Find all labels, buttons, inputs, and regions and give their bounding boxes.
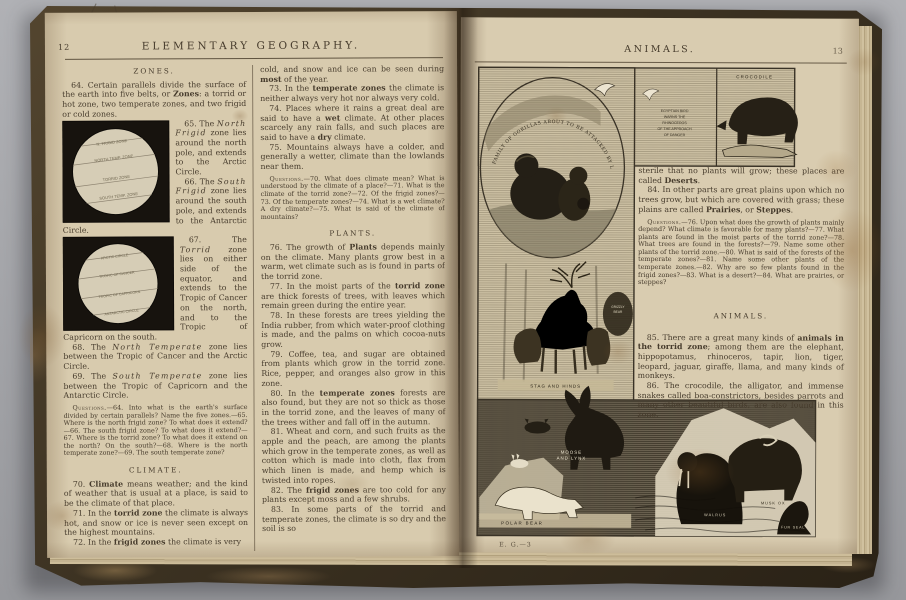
left-running-head: ELEMENTARY GEOGRAPHY.: [45, 39, 457, 53]
paragraph-84: 84. In other parts are great plains upon…: [638, 185, 844, 215]
paragraph-69: 69. The South Temperate zone lies betwee…: [63, 371, 247, 401]
climate-heading: CLIMATE.: [64, 465, 248, 476]
paragraph-72-continued: cold, and snow and ice can be seen durin…: [260, 64, 444, 84]
right-page-number: 13: [833, 47, 843, 56]
musk-ox-label: MUSK OX: [761, 501, 786, 505]
polar-bear-label: POLAR BEAR: [501, 520, 543, 525]
paragraph-64: 64. Certain parallels divide the surface…: [62, 80, 246, 120]
globe-1-engraving: N. FRIGID ZONE NORTH TEMP. ZONE TORRID Z…: [62, 121, 168, 221]
fur-seal-label: FUR SEAL: [781, 525, 805, 529]
paragraph-83: 83. In some parts of the torrid and temp…: [262, 504, 446, 534]
questions-zones: Questions.—64. Into what is the earth's …: [64, 404, 248, 458]
walrus-label: WALRUS: [704, 513, 726, 517]
paragraph-86: 86. The crocodile, the alligator, and im…: [638, 381, 844, 421]
animals-heading: ANIMALS.: [638, 311, 844, 321]
left-page: 12 ELEMENTARY GEOGRAPHY. ZONES. 64. Cert…: [45, 11, 459, 558]
paragraph-83-continued: sterile that no plants will grow; these …: [638, 166, 844, 186]
svg-text:MOOSE: MOOSE: [561, 450, 582, 455]
paragraph-78: 78. In these forests are trees yielding …: [261, 310, 445, 350]
globe-2-engraving: ARCTIC CIRCLE TROPIC OF CANCER TROPIC OF…: [63, 237, 173, 329]
right-page-text-column: sterile that no plants will grow; these …: [638, 166, 845, 421]
svg-text:WARNS THE: WARNS THE: [664, 115, 686, 119]
zones-heading: ZONES.: [62, 66, 246, 77]
paragraph-85: 85. There are a great many kinds of anim…: [638, 332, 844, 381]
globe-zones-figure-1: N. FRIGID ZONE NORTH TEMP. ZONE TORRID Z…: [62, 121, 168, 221]
paragraph-80: 80. In the temperate zones forests are a…: [261, 388, 445, 428]
svg-text:EGYPTIAN BIRD: EGYPTIAN BIRD: [661, 109, 689, 113]
svg-text:AND LYNX: AND LYNX: [557, 456, 587, 461]
paragraph-74: 74. Places where it rains a great deal a…: [260, 103, 444, 143]
paragraph-81: 81. Wheat and corn, and such fruits as t…: [262, 427, 446, 486]
svg-text:RHINOCEROS: RHINOCEROS: [662, 121, 687, 125]
hind-silhouette: [586, 328, 610, 366]
lynx-silhouette: [524, 422, 550, 434]
questions-climate: Questions.—70. What does climate mean? W…: [261, 175, 445, 221]
svg-text:OF DANGER: OF DANGER: [664, 133, 686, 137]
paragraph-68: 68. The North Temperate zone lies betwee…: [63, 342, 247, 372]
left-column-1: ZONES. 64. Certain parallels divide the …: [62, 65, 255, 552]
paragraph-72: 72. In the frigid zones the climate is v…: [64, 537, 248, 548]
svg-text:BEAR: BEAR: [614, 310, 623, 314]
plants-heading: PLANTS.: [261, 228, 445, 239]
crocodile-label: CROCODILE: [736, 74, 773, 79]
paragraph-77: 77. In the moist parts of the torrid zon…: [261, 281, 445, 311]
printers-signature: E. G.—3: [499, 541, 532, 548]
right-page: ANIMALS. 13: [459, 17, 859, 553]
left-head-rule: [65, 57, 443, 60]
paragraph-79: 79. Coffee, tea, and sugar are obtained …: [261, 349, 445, 389]
svg-text:OF THE APPROACH: OF THE APPROACH: [657, 127, 691, 131]
paragraph-73: 73. In the temperate zones the climate i…: [260, 84, 444, 104]
paragraph-82: 82. The frigid zones are too cold for an…: [262, 485, 446, 505]
paragraph-71: 71. In the torrid zone the climate is al…: [64, 508, 248, 538]
paragraph-75: 75. Mountains always have a colder, and …: [260, 142, 444, 172]
stag-caption: STAG AND HINDS: [530, 384, 581, 389]
paragraph-70: 70. Climate means weather; and the kind …: [64, 479, 248, 509]
hare-silhouette: [510, 459, 528, 468]
right-running-head: ANIMALS.: [461, 43, 859, 55]
paragraph-76: 76. The growth of Plants depends mainly …: [261, 242, 445, 282]
moose-lynx-label: MOOSE AND LYNX: [557, 450, 587, 461]
left-page-columns: ZONES. 64. Certain parallels divide the …: [62, 64, 446, 552]
questions-plants: Questions.—76. Upon what does the growth…: [638, 218, 844, 287]
left-column-2: cold, and snow and ice can be seen durin…: [253, 64, 446, 551]
photographed-book-scene: 12 ELEMENTARY GEOGRAPHY. ZONES. 64. Cert…: [0, 0, 906, 600]
svg-text:GRIZZLY: GRIZZLY: [611, 305, 625, 309]
globe-zones-figure-2: ARCTIC CIRCLE TROPIC OF CANCER TROPIC OF…: [63, 237, 173, 329]
